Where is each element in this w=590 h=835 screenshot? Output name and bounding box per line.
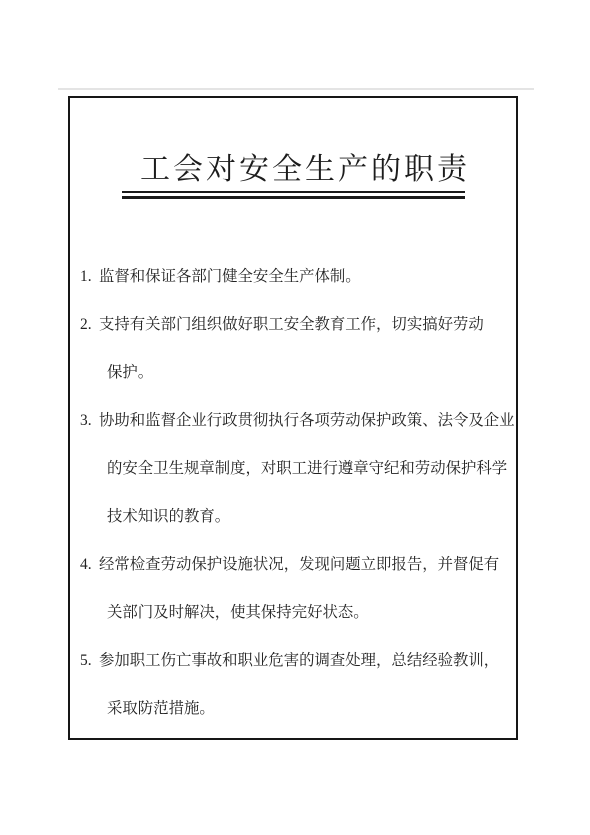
item-line: 支持有关部门组织做好职工安全教育工作，切实搞好劳动 [99, 301, 516, 349]
item-line: 参加职工伤亡事故和职业危害的调查处理，总结经验教训， [99, 637, 516, 685]
list-item: 3. 协助和监督企业行政贯彻执行各项劳动保护政策、法令及企业 的安全卫生规章制度… [70, 397, 516, 541]
item-number: 4. [80, 541, 92, 589]
item-line: 保护。 [107, 349, 516, 397]
item-line: 的安全卫生规章制度，对职工进行遵章守纪和劳动保护科学 [107, 445, 516, 493]
scan-artifact-line [58, 88, 534, 90]
item-number: 2. [80, 301, 92, 349]
document-frame: 工会对安全生产的职责 1. 监督和保证各部门健全安全生产体制。 2. 支持有关部… [68, 96, 518, 740]
document-title: 工会对安全生产的职责 [82, 150, 518, 190]
title-double-underline [122, 191, 465, 199]
item-line: 经常检查劳动保护设施状况，发现问题立即报告，并督促有 [99, 541, 516, 589]
item-line: 技术知识的教育。 [107, 493, 516, 541]
item-line: 关部门及时解决，使其保持完好状态。 [107, 589, 516, 637]
list-item: 5. 参加职工伤亡事故和职业危害的调查处理，总结经验教训， 采取防范措施。 [70, 637, 516, 733]
item-line: 监督和保证各部门健全安全生产体制。 [99, 253, 516, 301]
responsibility-list: 1. 监督和保证各部门健全安全生产体制。 2. 支持有关部门组织做好职工安全教育… [70, 253, 516, 733]
item-line: 采取防范措施。 [107, 685, 516, 733]
list-item: 2. 支持有关部门组织做好职工安全教育工作，切实搞好劳动 保护。 [70, 301, 516, 397]
list-item: 1. 监督和保证各部门健全安全生产体制。 [70, 253, 516, 301]
item-line: 协助和监督企业行政贯彻执行各项劳动保护政策、法令及企业 [99, 397, 516, 445]
item-number: 3. [80, 397, 92, 445]
item-number: 5. [80, 637, 92, 685]
list-item: 4. 经常检查劳动保护设施状况，发现问题立即报告，并督促有 关部门及时解决，使其… [70, 541, 516, 637]
item-number: 1. [80, 253, 92, 301]
document-page: 工会对安全生产的职责 1. 监督和保证各部门健全安全生产体制。 2. 支持有关部… [0, 0, 590, 835]
